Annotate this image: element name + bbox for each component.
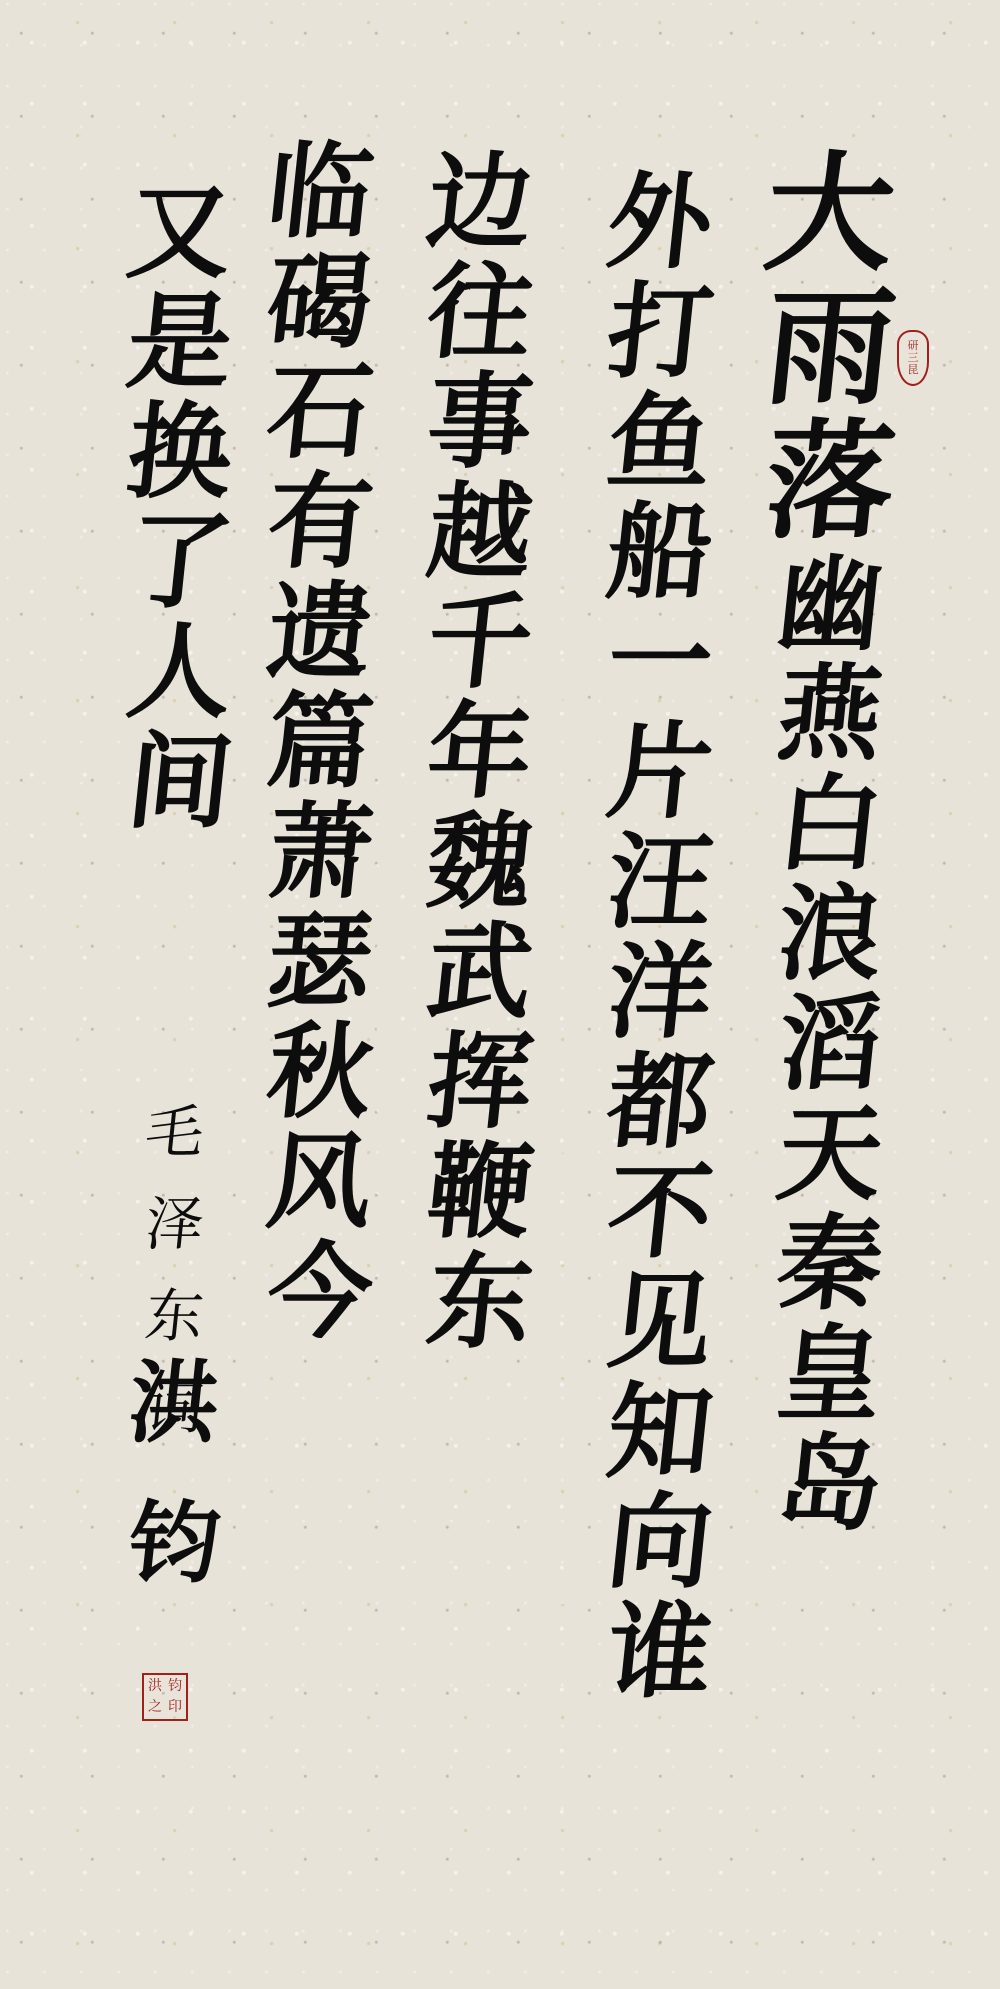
poem-char: 瑟	[263, 910, 378, 1014]
seal-char: 印	[165, 1700, 185, 1715]
poem-char: 萧	[263, 800, 378, 904]
poem-char: 洋	[603, 940, 718, 1044]
poem-char: 东	[423, 1250, 538, 1354]
poem-char: 石	[263, 360, 378, 464]
signature-char: 洪	[123, 1330, 227, 1460]
poem-char: 边	[423, 150, 538, 254]
poem-char: 是	[123, 290, 238, 394]
poem-char: 向	[603, 1490, 718, 1594]
poem-char: 篇	[263, 690, 378, 794]
poem-char: 船	[603, 500, 718, 604]
poem-char: 了	[123, 510, 238, 614]
poem-char: 秦	[773, 1212, 888, 1316]
poem-column-1: 大 雨 落 幽 燕 白 浪 滔 天 秦 皇 岛	[745, 150, 915, 1542]
poem-char: 打	[603, 280, 718, 384]
poem-char: 千	[423, 590, 538, 694]
name-seal: 洪 钧 之 印	[142, 1673, 188, 1721]
poem-char: 雨	[759, 284, 900, 412]
poem-char: 年	[423, 700, 538, 804]
signature-char: 钧	[123, 1470, 227, 1600]
poem-char: 换	[123, 400, 238, 504]
inscription-char: 毛	[142, 1085, 209, 1169]
poem-char: 外	[603, 170, 718, 274]
poem-char: 碣	[263, 250, 378, 354]
poem-char: 不	[603, 1160, 718, 1264]
poem-char: 汪	[603, 830, 718, 934]
seal-char: 钧	[165, 1679, 185, 1694]
poem-char: 魏	[423, 810, 538, 914]
poem-char: 遗	[263, 580, 378, 684]
poem-char: 风	[263, 1130, 378, 1234]
poem-char: 鞭	[423, 1140, 538, 1244]
seal-char: 之	[145, 1700, 165, 1715]
poem-char: 人	[123, 620, 238, 724]
poem-char: 间	[123, 730, 238, 834]
poem-char: 临	[263, 140, 378, 244]
poem-char: 片	[603, 720, 718, 824]
poem-char: 有	[263, 470, 378, 574]
poem-char: 天	[773, 1102, 888, 1206]
poem-char: 又	[123, 180, 238, 284]
poem-char: 今	[263, 1240, 378, 1344]
poem-char: 白	[773, 772, 888, 876]
poem-char: 事	[423, 370, 538, 474]
poem-char: 都	[603, 1050, 718, 1154]
poem-char: 见	[603, 1270, 718, 1374]
poem-char: 越	[423, 480, 538, 584]
poem-char: 幽	[773, 552, 888, 656]
poem-column-2: 外 打 鱼 船 一 片 汪 洋 都 不 见 知 向 谁	[575, 170, 745, 1710]
poem-char: 鱼	[603, 390, 718, 494]
poem-char: 大	[759, 150, 900, 278]
poem-char: 岛	[773, 1432, 888, 1536]
artist-signature: 洪 钧	[120, 1330, 230, 1610]
poem-char: 秋	[263, 1020, 378, 1124]
gourd-seal: 研 三 昆	[897, 330, 929, 386]
poem-char: 皇	[773, 1322, 888, 1426]
poem-char: 滔	[773, 992, 888, 1096]
poem-char: 武	[423, 920, 538, 1024]
poem-char: 挥	[423, 1030, 538, 1134]
poem-column-5: 又 是 换 了 人 间	[95, 180, 265, 840]
seal-char: 昆	[908, 364, 919, 376]
poem-char: 落	[759, 418, 900, 546]
poem-char: 知	[603, 1380, 718, 1484]
poem-char: 一	[603, 610, 718, 714]
seal-char: 洪	[145, 1679, 165, 1694]
poem-char: 浪	[773, 882, 888, 986]
poem-char: 燕	[773, 662, 888, 766]
poem-column-3: 边 往 事 越 千 年 魏 武 挥 鞭 东	[395, 150, 565, 1360]
poem-char: 谁	[603, 1600, 718, 1704]
inscription-char: 泽	[142, 1177, 209, 1261]
poem-char: 往	[423, 260, 538, 364]
